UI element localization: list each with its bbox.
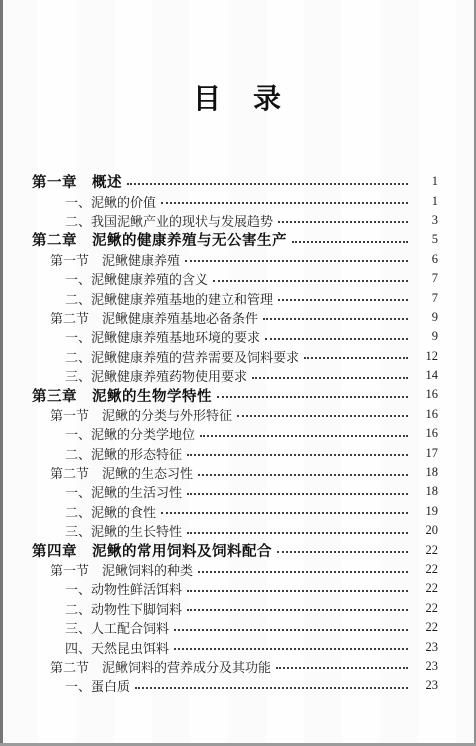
toc-page-number: 20 [414, 523, 438, 538]
dot-leader [278, 221, 408, 223]
toc-row: 二、我国泥鳅产业的现状与发展趋势 3 [0, 211, 438, 230]
toc-page-number: 9 [414, 310, 438, 325]
dot-leader [198, 571, 408, 573]
dot-leader [127, 183, 408, 185]
dot-leader [276, 667, 408, 669]
toc-row: 第二节 泥鳅健康养殖基地必备条件 9 [0, 308, 438, 327]
toc-entry-label: 第二节 泥鳅饲料的营养成分及其功能 [50, 657, 271, 676]
dot-leader [187, 454, 408, 456]
toc-page-number: 16 [414, 387, 438, 402]
dot-leader [292, 241, 408, 243]
toc-row: 二、泥鳅健康养殖基地的建立和管理 7 [0, 288, 438, 307]
dot-leader [217, 396, 408, 398]
toc-page-number: 22 [414, 562, 438, 577]
toc-entry-label: 第一节 泥鳅健康养殖 [50, 250, 180, 269]
toc-row: 第一节 泥鳅饲料的种类 22 [0, 560, 438, 579]
toc-entry-label: 三、人工配合饲料 [65, 618, 169, 637]
scan-edge-left [0, 0, 3, 746]
toc-entry-label: 第二节 泥鳅健康养殖基地必备条件 [50, 308, 258, 327]
toc-page-number: 7 [414, 291, 438, 306]
dot-leader [135, 687, 408, 689]
toc-page-number: 23 [414, 678, 438, 693]
toc-page-number: 19 [414, 504, 438, 519]
toc-entry-label: 第二章 泥鳅的健康养殖与无公害生产 [32, 229, 287, 250]
toc-page-number: 7 [414, 271, 438, 286]
toc-entry-label: 二、泥鳅健康养殖基地的建立和管理 [65, 289, 273, 308]
toc-row: 第三章 泥鳅的生物学特性 16 [0, 385, 438, 404]
toc-entry-label: 一、泥鳅的生活习性 [65, 482, 182, 501]
toc-entry-label: 二、动物性下脚饲料 [65, 599, 182, 618]
page-title: 目 录 [0, 84, 476, 114]
toc-row: 二、泥鳅的食性 19 [0, 502, 438, 521]
toc-row: 第一章 概述 1 [0, 172, 438, 191]
toc-row: 三、泥鳅健康养殖药物使用要求 14 [0, 366, 438, 385]
toc-entry-label: 第一节 泥鳅的分类与外形特征 [50, 405, 232, 424]
toc-row: 第二章 泥鳅的健康养殖与无公害生产 5 [0, 230, 438, 249]
toc-entry-label: 第一节 泥鳅饲料的种类 [50, 560, 193, 579]
dot-leader [265, 338, 408, 340]
toc-row: 第一节 泥鳅的分类与外形特征 16 [0, 405, 438, 424]
toc-entry-label: 一、泥鳅健康养殖基地环境的要求 [65, 327, 260, 346]
dot-leader [187, 493, 408, 495]
toc-page-number: 9 [414, 329, 438, 344]
toc-row: 一、蛋白质 23 [0, 676, 438, 695]
toc-page-number: 16 [414, 407, 438, 422]
dot-leader [185, 260, 408, 262]
toc-row: 一、泥鳅的价值 1 [0, 191, 438, 210]
toc-page-number: 1 [414, 194, 438, 209]
toc-page-number: 22 [414, 601, 438, 616]
toc-entry-label: 第二节 泥鳅的生态习性 [50, 463, 193, 482]
toc-page-number: 3 [414, 213, 438, 228]
dot-leader [237, 415, 408, 417]
toc-page-number: 14 [414, 368, 438, 383]
toc-entry-label: 第四章 泥鳅的常用饲料及饲料配合 [32, 540, 272, 561]
toc-page-number: 18 [414, 465, 438, 480]
toc-page-number: 22 [414, 581, 438, 596]
toc-entry-label: 二、泥鳅的食性 [65, 502, 156, 521]
toc-row: 三、人工配合饲料 22 [0, 618, 438, 637]
dot-leader [161, 202, 408, 204]
toc-page-number: 23 [414, 659, 438, 674]
toc-row: 一、泥鳅的分类学地位 16 [0, 424, 438, 443]
toc-entry-label: 一、泥鳅健康养殖的含义 [65, 269, 208, 288]
toc-page-number: 6 [414, 252, 438, 267]
toc-page-number: 16 [414, 426, 438, 441]
toc-row: 第二节 泥鳅的生态习性 18 [0, 463, 438, 482]
dot-leader [174, 629, 408, 631]
toc-row: 一、动物性鲜活饵料 22 [0, 579, 438, 598]
toc-page-number: 5 [414, 232, 438, 247]
toc-entry-label: 三、泥鳅的生长特性 [65, 521, 182, 540]
toc-row: 二、泥鳅的形态特征 17 [0, 443, 438, 462]
dot-leader [277, 551, 408, 553]
dot-leader [161, 512, 408, 514]
table-of-contents: 第一章 概述 1 一、泥鳅的价值 1 二、我国泥鳅产业的现状与发展趋势 3 第二… [0, 172, 476, 696]
toc-row: 一、泥鳅健康养殖基地环境的要求 9 [0, 327, 438, 346]
toc-entry-label: 一、动物性鲜活饵料 [65, 579, 182, 598]
toc-page-number: 1 [414, 174, 438, 189]
toc-row: 第二节 泥鳅饲料的营养成分及其功能 23 [0, 657, 438, 676]
dot-leader [198, 474, 408, 476]
toc-row: 一、泥鳅健康养殖的含义 7 [0, 269, 438, 288]
toc-row: 一、泥鳅的生活习性 18 [0, 482, 438, 501]
dot-leader [200, 435, 408, 437]
dot-leader [278, 299, 408, 301]
toc-entry-label: 二、我国泥鳅产业的现状与发展趋势 [65, 211, 273, 230]
toc-row: 三、泥鳅的生长特性 20 [0, 521, 438, 540]
toc-entry-label: 第一章 概述 [32, 171, 122, 192]
toc-entry-label: 一、泥鳅的分类学地位 [65, 424, 195, 443]
toc-page-number: 12 [414, 349, 438, 364]
toc-entry-label: 第三章 泥鳅的生物学特性 [32, 385, 212, 406]
dot-leader [187, 532, 408, 534]
toc-row: 二、泥鳅健康养殖的营养需要及饲料要求 12 [0, 347, 438, 366]
toc-page-number: 22 [414, 543, 438, 558]
dot-leader [174, 648, 408, 650]
toc-row: 四、天然昆虫饵料 23 [0, 637, 438, 656]
dot-leader [304, 357, 408, 359]
toc-row: 第四章 泥鳅的常用饲料及饲料配合 22 [0, 540, 438, 559]
dot-leader [252, 377, 408, 379]
toc-page-number: 17 [414, 446, 438, 461]
dot-leader [263, 318, 408, 320]
dot-leader [187, 590, 408, 592]
toc-entry-label: 二、泥鳅健康养殖的营养需要及饲料要求 [65, 347, 299, 366]
toc-entry-label: 一、蛋白质 [65, 676, 130, 695]
toc-row: 二、动物性下脚饲料 22 [0, 599, 438, 618]
dot-leader [187, 609, 408, 611]
toc-row: 第一节 泥鳅健康养殖 6 [0, 250, 438, 269]
toc-entry-label: 三、泥鳅健康养殖药物使用要求 [65, 366, 247, 385]
dot-leader [213, 280, 408, 282]
scanned-book-page: 目 录 第一章 概述 1 一、泥鳅的价值 1 二、我国泥鳅产业的现状与发展趋势 … [0, 0, 476, 746]
toc-entry-label: 二、泥鳅的形态特征 [65, 444, 182, 463]
toc-page-number: 23 [414, 640, 438, 655]
toc-page-number: 22 [414, 620, 438, 635]
toc-page-number: 18 [414, 484, 438, 499]
toc-entry-label: 一、泥鳅的价值 [65, 192, 156, 211]
toc-entry-label: 四、天然昆虫饵料 [65, 638, 169, 657]
